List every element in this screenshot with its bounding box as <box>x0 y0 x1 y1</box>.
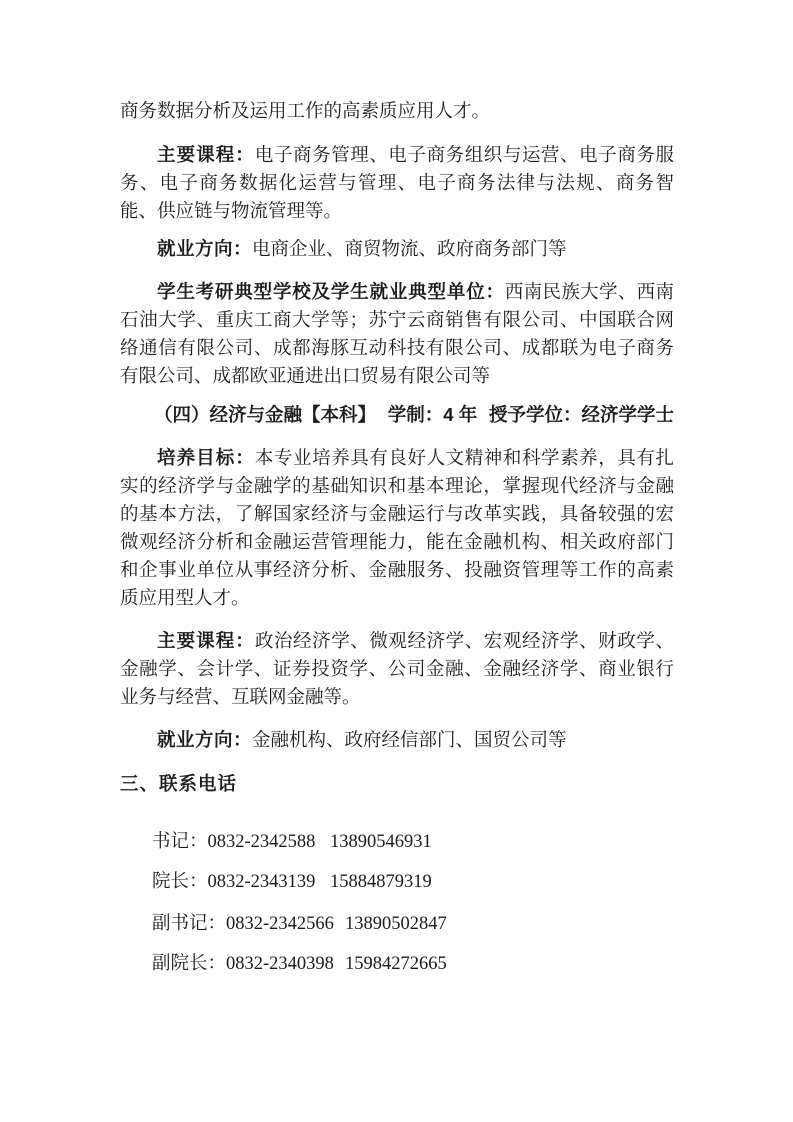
heading-economics-finance-program: （四）经济与金融【本科】 学制：4 年 授予学位：经济学学士 <box>120 401 674 429</box>
program-duration: 学制：4 年 <box>388 401 477 429</box>
paragraph-main-courses-finance: 主要课程：政治经济学、微观经济学、宏观经济学、财政学、金融学、会计学、证券投资学… <box>120 627 674 712</box>
label-main-courses-finance: 主要课程： <box>157 630 255 651</box>
contact-secretary-office: 书记：0832-2342588 <box>152 828 315 856</box>
program-degree: 授予学位：经济学学士 <box>489 401 674 429</box>
contact-deputy-dean-mobile-number: 15984272665 <box>345 950 447 978</box>
contact-secretary-office-number: 0832-2342588 <box>208 832 316 852</box>
contact-deputy-dean-office-number: 0832-2340398 <box>226 954 334 974</box>
text-training-objectives: 本专业培养具有良好人文精神和科学素养，具有扎实的经济学与金融学的基础知识和基本理… <box>120 449 674 609</box>
contact-secretary-role: 书记： <box>152 832 208 852</box>
text-employment-finance: 金融机构、政府经信部门、国贸公司等 <box>252 731 567 751</box>
contact-deputy-secretary-role: 副书记： <box>152 914 226 934</box>
text-employment-ecommerce: 电商企业、商贸物流、政府商务部门等 <box>252 240 567 260</box>
contact-dean-mobile-number: 15884879319 <box>330 868 432 896</box>
paragraph-employment-finance: 就业方向：金融机构、政府经信部门、国贸公司等 <box>120 726 674 755</box>
contact-deputy-secretary-office-number: 0832-2342566 <box>226 914 334 934</box>
program-name: （四）经济与金融【本科】 <box>154 401 376 429</box>
label-employment-finance: 就业方向： <box>157 729 252 750</box>
contact-dean-office: 院长：0832-2343139 <box>152 868 315 896</box>
document-page: 商务数据分析及运用工作的高素质应用人才。 主要课程：电子商务管理、电子商务组织与… <box>0 0 793 1122</box>
contact-deputy-dean-role: 副院长： <box>152 954 226 974</box>
label-main-courses-ecommerce: 主要课程： <box>157 144 255 165</box>
contact-row-deputy-secretary: 副书记：0832-2342566 13890502847 <box>120 910 674 938</box>
label-employment-ecommerce: 就业方向： <box>157 238 252 259</box>
paragraph-main-courses-ecommerce: 主要课程：电子商务管理、电子商务组织与运营、电子商务服务、电子商务数据化运营与管… <box>120 141 674 226</box>
paragraph-intro-continuation: 商务数据分析及运用工作的高素质应用人才。 <box>120 98 674 126</box>
contact-row-deputy-dean: 副院长：0832-2340398 15984272665 <box>120 950 674 978</box>
contact-secretary-mobile-number: 13890546931 <box>330 828 432 856</box>
contact-deputy-secretary-office: 副书记：0832-2342566 <box>152 910 334 938</box>
label-training-objectives: 培养目标： <box>157 447 255 468</box>
contact-row-dean: 院长：0832-2343139 15884879319 <box>120 868 674 896</box>
paragraph-typical-schools-employers: 学生考研典型学校及学生就业典型单位：西南民族大学、西南石油大学、重庆工商大学等；… <box>120 278 674 391</box>
contact-deputy-secretary-mobile-number: 13890502847 <box>345 910 447 938</box>
contact-dean-role: 院长： <box>152 872 208 892</box>
contact-row-secretary: 书记：0832-2342588 13890546931 <box>120 828 674 856</box>
label-typical-schools-employers: 学生考研典型学校及学生就业典型单位： <box>157 281 505 302</box>
heading-contact-phones: 三、联系电话 <box>120 770 237 798</box>
contact-dean-office-number: 0832-2343139 <box>208 872 316 892</box>
contact-deputy-dean-office: 副院长：0832-2340398 <box>152 950 334 978</box>
paragraph-training-objectives: 培养目标：本专业培养具有良好人文精神和科学素养，具有扎实的经济学与金融学的基础知… <box>120 444 674 613</box>
paragraph-employment-ecommerce: 就业方向：电商企业、商贸物流、政府商务部门等 <box>120 235 674 264</box>
